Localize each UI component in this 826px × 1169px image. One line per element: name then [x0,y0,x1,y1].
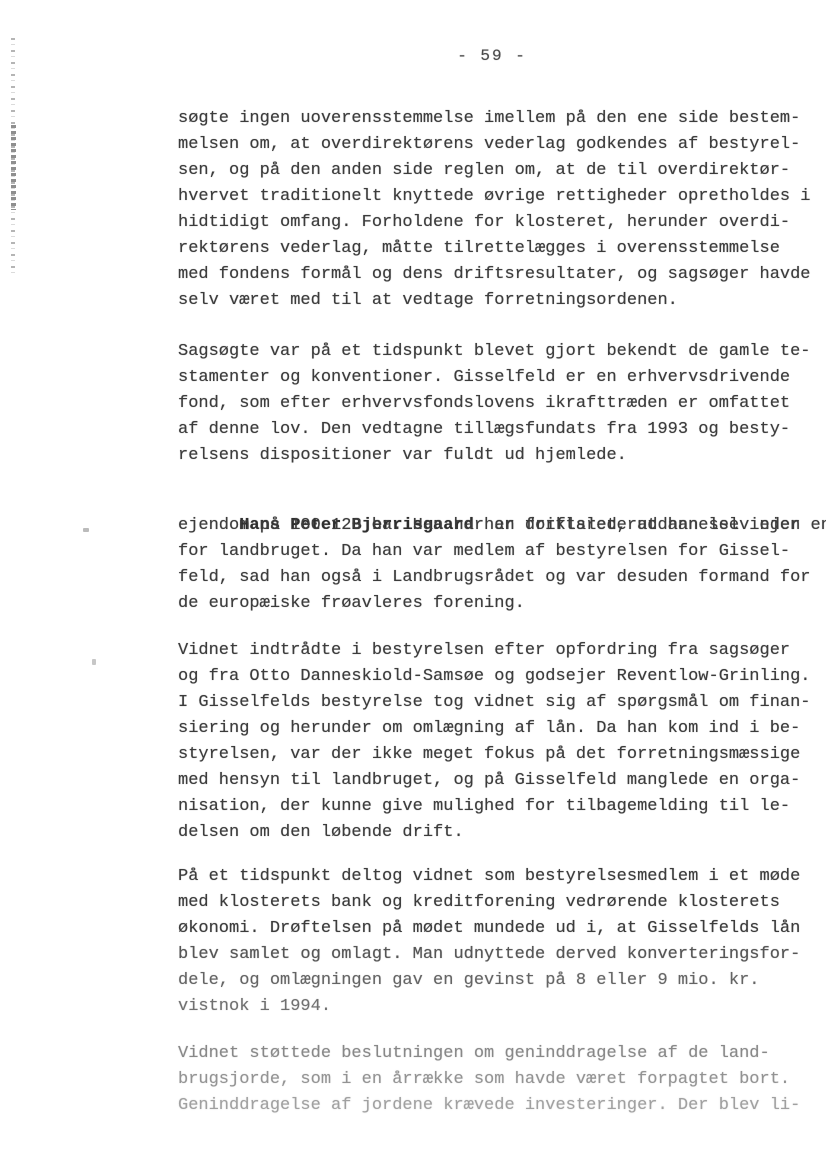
scan-edge-artifact-dense [11,125,16,210]
paragraph-witness-bjerrisgaard: Hans Peter Bjerrisgaard har forklaret, a… [178,487,818,617]
scan-speck [92,659,96,665]
text-line: nisation, der kunne give mulighed for ti… [178,794,818,820]
text-line: I Gisselfelds bestyrelse tog vidnet sig … [178,690,818,716]
text-line: og fra Otto Danneskiold-Samsøe og godsej… [178,664,818,690]
page-number: - 59 - [178,47,806,65]
scan-speck [83,528,89,532]
text-line: melsen om, at overdirektørens vederlag g… [178,132,818,158]
paragraph-sagsogte: Sagsøgte var på et tidspunkt blevet gjor… [178,339,818,469]
paragraph-land-reclamation: Vidnet støttede beslutningen om geninddr… [178,1041,818,1119]
text-line: brugsjorde, som i en årrække som havde v… [178,1067,818,1093]
text-line: hvervet traditionelt knyttede øvrige ret… [178,184,818,210]
text-line: styrelsen, var der ikke meget fokus på d… [178,742,818,768]
text-line: delsen om den løbende drift. [178,820,818,846]
text-line: stamenter og konventioner. Gisselfeld er… [178,365,818,391]
text-line: søgte ingen uoverensstemmelse imellem på… [178,106,818,132]
text-line: rektørens vederlag, måtte tilrettelægges… [178,236,818,262]
paragraph-verdict-terms: søgte ingen uoverensstemmelse imellem på… [178,106,818,314]
text-line: økonomi. Drøftelsen på mødet mundede ud … [178,916,818,942]
text-line: de europæiske frøavleres forening. [178,591,818,617]
text-line: På et tidspunkt deltog vidnet som bestyr… [178,864,818,890]
text-line: Vidnet indtrådte i bestyrelsen efter opf… [178,638,818,664]
text-line: Vidnet støttede beslutningen om geninddr… [178,1041,818,1067]
text-line: for landbruget. Da han var medlem af bes… [178,539,818,565]
text-line: Hans Peter Bjerrisgaard har forklaret, a… [178,487,818,513]
text-line: feld, sad han også i Landbrugsrådet og v… [178,565,818,591]
text-line: med hensyn til landbruget, og på Gisself… [178,768,818,794]
scanned-document-page: - 59 - søgte ingen uoverensstemmelse ime… [0,0,826,1169]
text-line: siering og herunder om omlægning af lån.… [178,716,818,742]
text-line: med fondens formål og dens driftsresulta… [178,262,818,288]
text-line: selv været med til at vedtage forretning… [178,288,818,314]
text-line: relsens dispositioner var fuldt ud hjeml… [178,443,818,469]
text-line: sen, og på den anden side reglen om, at … [178,158,818,184]
text-line: fond, som efter erhvervsfondslovens ikra… [178,391,818,417]
paragraph-board-entry: Vidnet indtrådte i bestyrelsen efter opf… [178,638,818,846]
text-line: hidtidigt omfang. Forholdene for kloster… [178,210,818,236]
paragraph-bank-meeting: På et tidspunkt deltog vidnet som bestyr… [178,864,818,1020]
text-line: ejendom på 100-120 ha. Han har en drifts… [178,513,818,539]
text-line: Sagsøgte var på et tidspunkt blevet gjor… [178,339,818,365]
text-line: dele, og omlægningen gav en gevinst på 8… [178,968,818,994]
text-line: med klosterets bank og kreditforening ve… [178,890,818,916]
text-line: af denne lov. Den vedtagne tillægsfundat… [178,417,818,443]
text-line: Geninddragelse af jordene krævede invest… [178,1093,818,1119]
text-line: vistnok i 1994. [178,994,818,1020]
text-line: blev samlet og omlagt. Man udnyttede der… [178,942,818,968]
